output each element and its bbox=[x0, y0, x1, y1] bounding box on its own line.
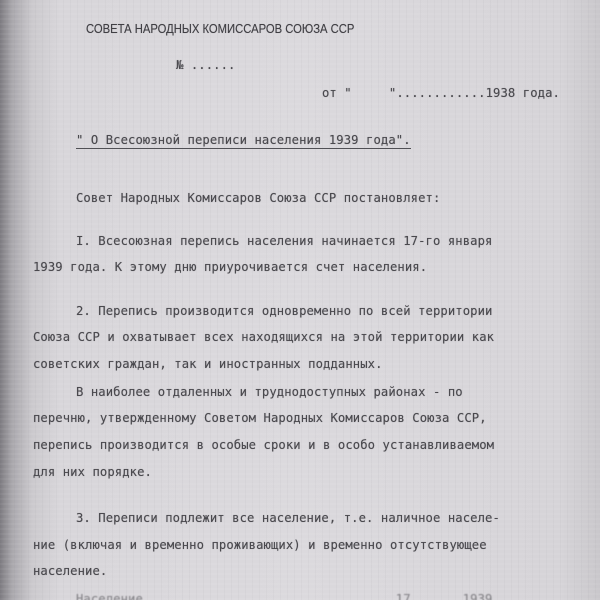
preamble: Совет Народных Комиссаров Союза ССР пост… bbox=[76, 191, 440, 205]
paragraph-line: 3. Переписи подлежит все население, т.е.… bbox=[76, 511, 500, 525]
paragraph-line: для них порядке. bbox=[33, 465, 152, 479]
paragraph-line: ние (включая и временно проживающих) и в… bbox=[33, 538, 487, 552]
paragraph-line: В наиболее отдаленных и труднодоступных … bbox=[76, 385, 463, 399]
paragraph-line: советских граждан, так и иностранных под… bbox=[33, 357, 383, 371]
paragraph-line: перечню, утвержденному Советом Народных … bbox=[33, 411, 487, 425]
paragraph-line: 1939 года. К этому дню приурочивается сч… bbox=[33, 260, 427, 274]
paragraph-line: население. bbox=[33, 564, 107, 578]
cut-off-line: Население ... 17 ... 1939 bbox=[76, 592, 493, 600]
paragraph-line: перепись производится в особые сроки и в… bbox=[33, 438, 494, 452]
paragraph-line: 2. Перепись производится одновременно по… bbox=[76, 304, 493, 318]
paragraph-line: Союза ССР и охватывает всех находящихся … bbox=[33, 330, 494, 344]
document-date: от " "............1938 года. bbox=[322, 86, 560, 100]
document-title: " О Всесоюзной переписи населения 1939 г… bbox=[76, 133, 411, 149]
document-number: № ...... bbox=[176, 58, 236, 72]
scanned-document-page: СОВЕТА НАРОДНЫХ КОМИССАРОВ СОЮЗА ССР № .… bbox=[0, 0, 600, 600]
paragraph-line: I. Всесоюзная перепись населения начинае… bbox=[76, 234, 493, 248]
issuer-header: СОВЕТА НАРОДНЫХ КОМИССАРОВ СОЮЗА ССР bbox=[86, 22, 354, 36]
